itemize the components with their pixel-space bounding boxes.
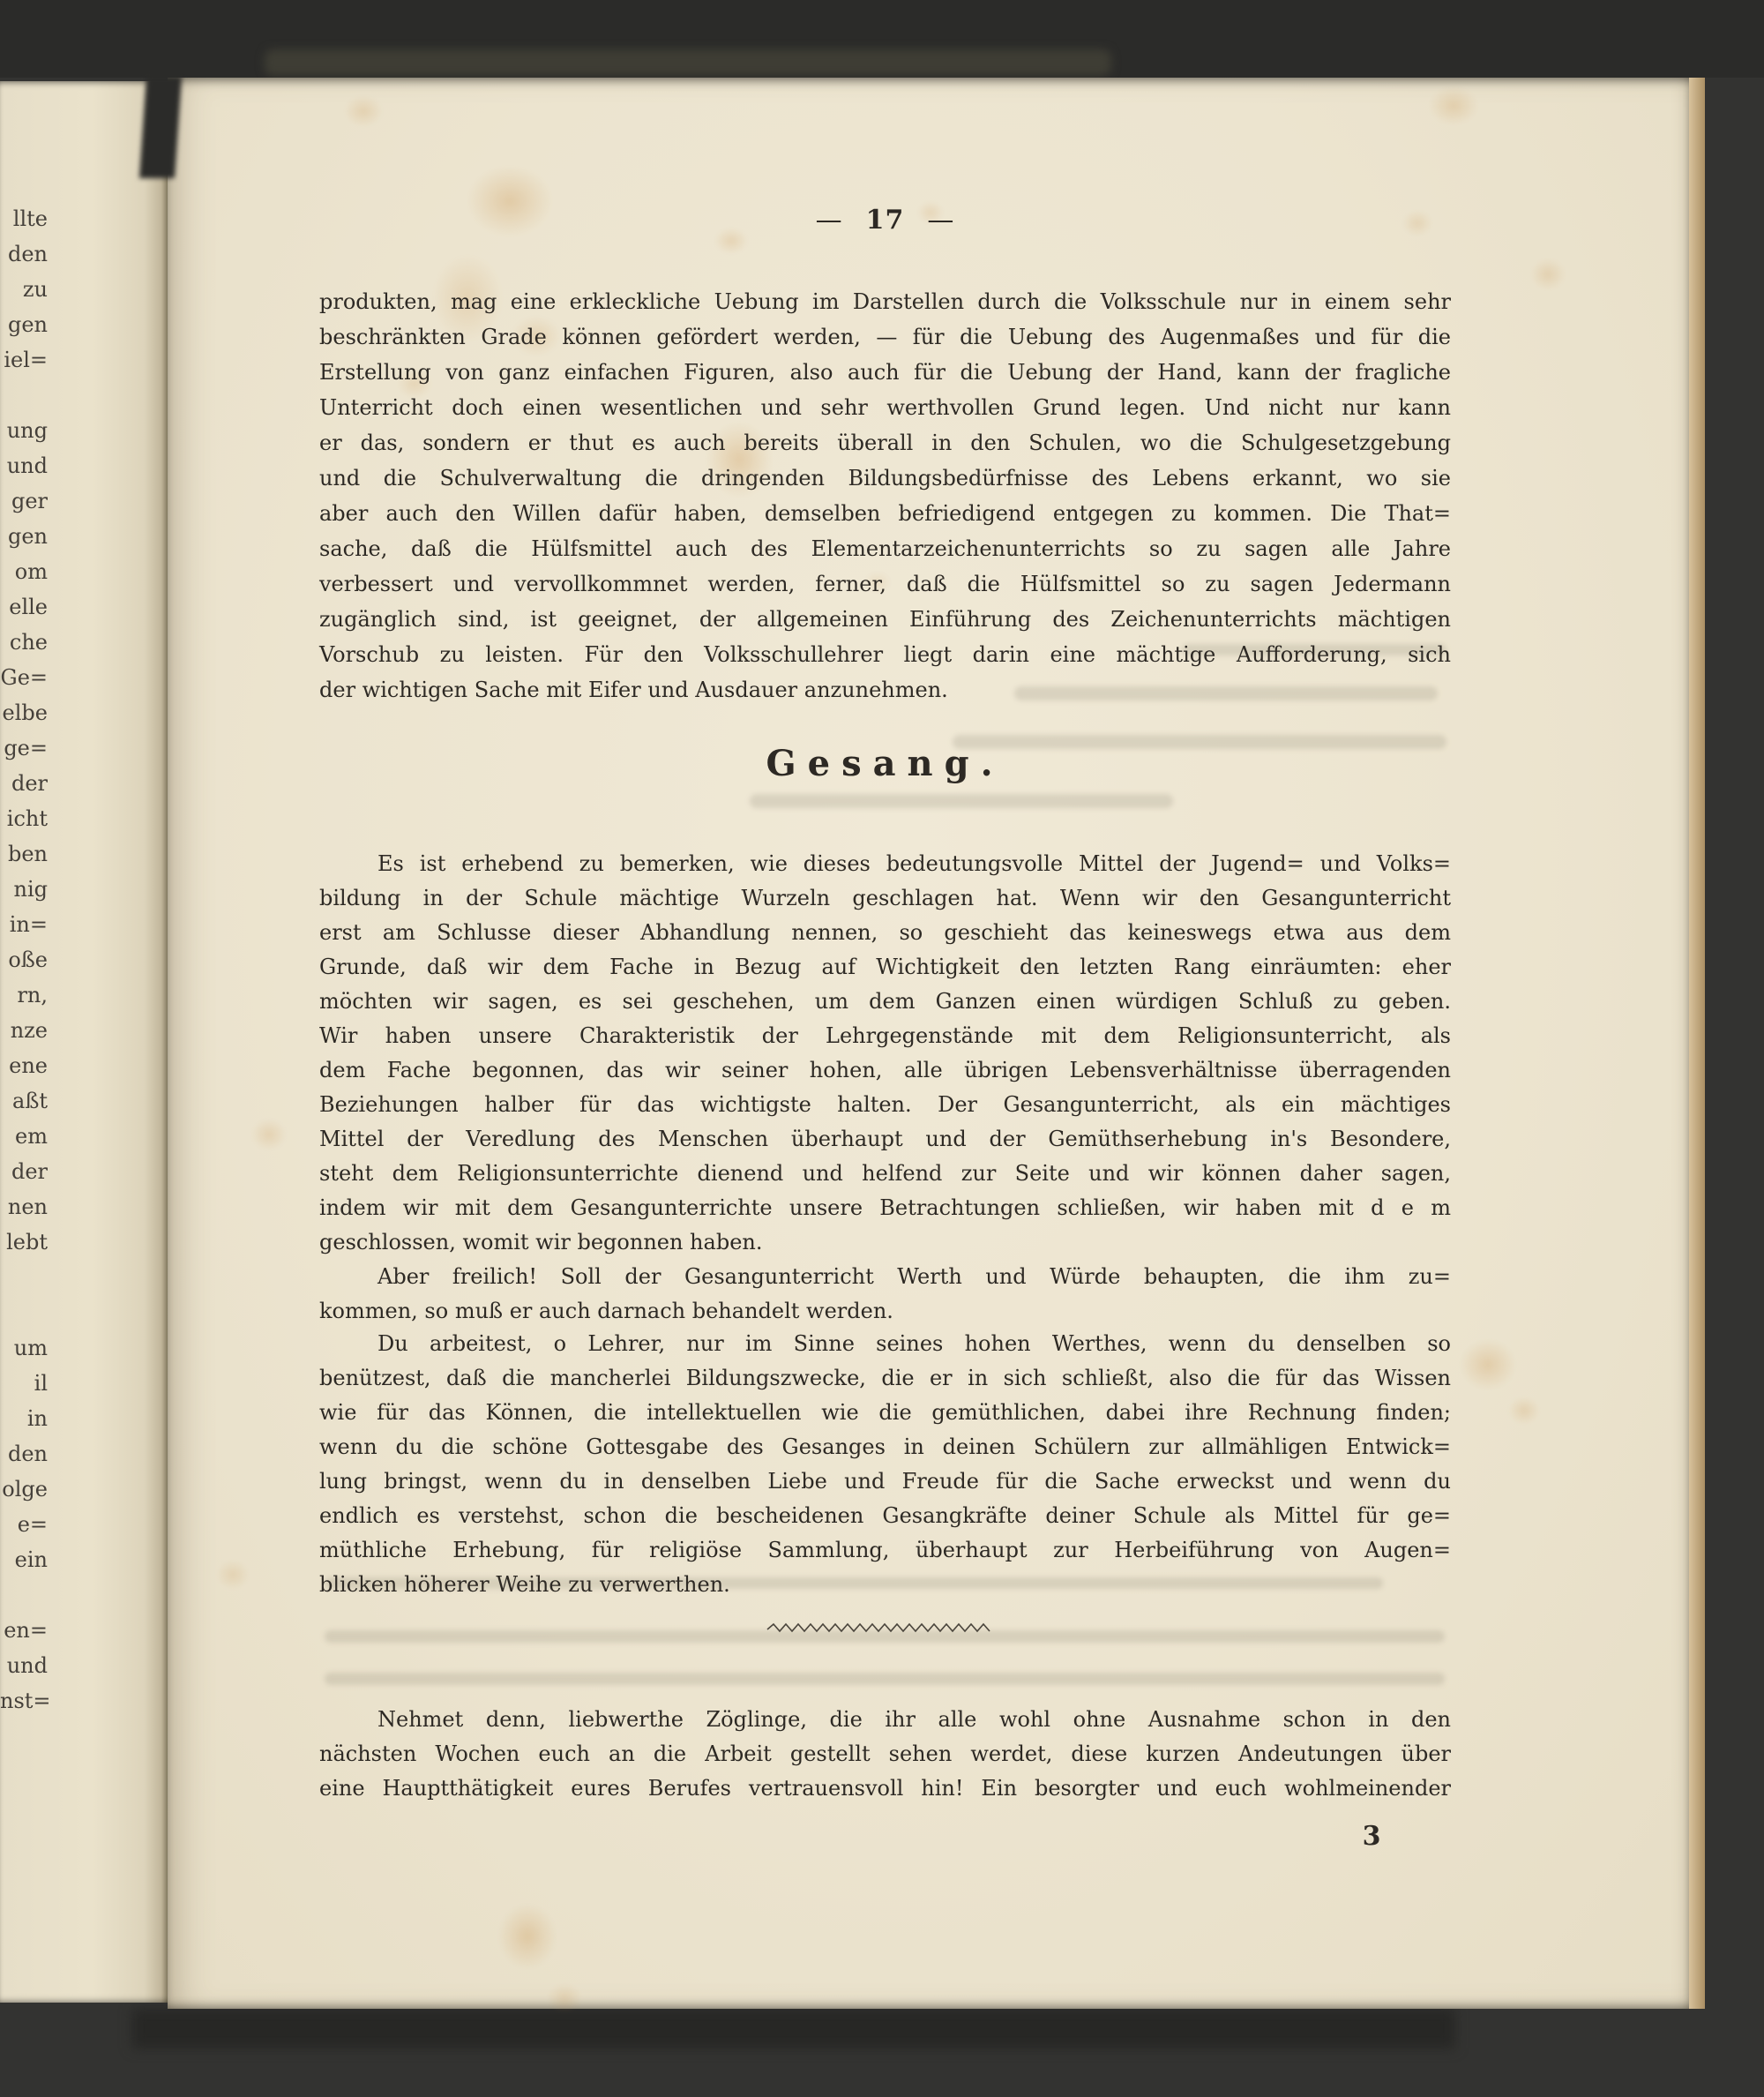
edge-text-fragment: zu (0, 272, 51, 307)
edge-text-fragment: ein (0, 1542, 51, 1577)
text-line: Wir haben unsere Charakteristik der Lehr… (319, 1019, 1451, 1053)
edge-text-fragment: e= (0, 1507, 51, 1542)
text-line: erst am Schlusse dieser Abhandlung nenne… (319, 916, 1451, 950)
edge-text-fragment: elle (0, 589, 51, 625)
edge-text-fragment: icht (0, 801, 51, 836)
bleedthrough-ghost-line (325, 1673, 1445, 1685)
foxing-spot (251, 1119, 287, 1150)
text-line: er das, sondern er thut es auch bereits … (319, 425, 1451, 461)
text-line: sache, daß die Hülfsmittel auch des Elem… (319, 531, 1451, 566)
page-number: 17 (866, 205, 905, 236)
foxing-spot (216, 1560, 250, 1590)
edge-text-fragment: oße (0, 942, 51, 977)
paragraph-gesang-3: Du arbeitest, o Lehrer, nur im Sinne sei… (319, 1327, 1451, 1602)
gutter-shadow (139, 76, 182, 178)
text-line: dem Fache begonnen, das wir seiner hohen… (319, 1053, 1451, 1088)
edge-text-fragment: in= (0, 907, 51, 942)
edge-text-fragment: il (0, 1366, 51, 1401)
edge-text-fragment: in (0, 1401, 51, 1436)
text-line: Unterricht doch einen wesentlichen und s… (319, 390, 1451, 425)
edge-text-fragment: che (0, 625, 51, 660)
text-line: bildung in der Schule mächtige Wurzeln g… (319, 881, 1451, 916)
header-left-dash: — (816, 205, 843, 236)
edge-text-fragment: iel= (0, 342, 51, 378)
text-line: der wichtigen Sache mit Eifer und Ausdau… (319, 672, 1451, 708)
edge-text-fragment: olge (0, 1472, 51, 1507)
foxing-spot (1429, 86, 1478, 125)
text-line: zugänglich sind, ist geeignet, der allge… (319, 602, 1451, 637)
book-page: —17— produkten, mag eine erkleckliche Ue… (168, 78, 1689, 2009)
edge-text-fragment: em (0, 1119, 51, 1154)
text-line: indem wir mit dem Gesangunterrichte unse… (319, 1191, 1451, 1225)
paragraph-continuation: produkten, mag eine erkleckliche Uebung … (319, 284, 1451, 708)
edge-text-fragment: gen (0, 519, 51, 554)
edge-text-fragment (0, 1577, 51, 1613)
edge-text-fragment: lebt (0, 1224, 51, 1260)
text-line: aber auch den Willen dafür haben, demsel… (319, 496, 1451, 531)
section-heading: Gesang. (319, 739, 1451, 789)
edge-text-fragment: ben (0, 836, 51, 872)
text-line: müthliche Erhebung, für religiöse Sammlu… (319, 1533, 1451, 1568)
text-line: endlich es verstehst, schon die bescheid… (319, 1499, 1451, 1533)
text-line: Du arbeitest, o Lehrer, nur im Sinne sei… (319, 1327, 1451, 1361)
edge-text-fragment: der (0, 766, 51, 801)
edge-text-fragment: gen (0, 307, 51, 342)
text-line: kommen, so muß er auch darnach behandelt… (319, 1294, 1451, 1329)
edge-text-fragment: llte (0, 201, 51, 236)
text-line: verbessert und vervollkommnet werden, fe… (319, 566, 1451, 602)
edge-text-fragment: ene (0, 1048, 51, 1083)
text-line: Aber freilich! Soll der Gesangunterricht… (319, 1260, 1451, 1294)
text-line: Grunde, daß wir dem Fache in Bezug auf W… (319, 950, 1451, 985)
text-line: lung bringst, wenn du in denselben Liebe… (319, 1464, 1451, 1499)
text-line: Mittel der Veredlung des Menschen überha… (319, 1122, 1451, 1157)
edge-text-fragment: um (0, 1330, 51, 1366)
edge-text-fragment: nze (0, 1013, 51, 1048)
text-line: Nehmet denn, liebwerthe Zöglinge, die ih… (319, 1703, 1451, 1737)
text-line: nächsten Wochen euch an die Arbeit geste… (319, 1737, 1451, 1771)
text-line: produkten, mag eine erkleckliche Uebung … (319, 284, 1451, 319)
edge-text-fragment: om (0, 554, 51, 589)
edge-text-fragment: ung (0, 413, 51, 448)
edge-text-fragment (0, 1754, 51, 1789)
foxing-spot (498, 1904, 557, 1969)
text-line: eine Hauptthätigkeit eures Berufes vertr… (319, 1771, 1451, 1806)
edge-text-fragment: en= (0, 1613, 51, 1648)
edge-text-fragment: den (0, 236, 51, 272)
foxing-spot (344, 95, 383, 127)
edge-text-fragment: nig (0, 872, 51, 907)
text-line: Beziehungen halber für das wichtigste ha… (319, 1088, 1451, 1122)
foxing-spot (1508, 1397, 1540, 1425)
text-line: steht dem Religionsunterrichte dienend u… (319, 1157, 1451, 1191)
paragraph-address: Nehmet denn, liebwerthe Zöglinge, die ih… (319, 1703, 1451, 1806)
page-bottom-shadow (132, 2009, 1455, 2048)
text-line: wenn du die schöne Gottesgabe des Gesang… (319, 1430, 1451, 1464)
edge-text-fragment: Ge= (0, 660, 51, 695)
foxing-spot (1530, 258, 1566, 290)
background-smear (265, 49, 1111, 76)
text-line: blicken höherer Weihe zu verwerthen. (319, 1568, 1451, 1602)
paragraph-gesang-1: Es ist erhebend zu bemerken, wie dieses … (319, 847, 1451, 1260)
edge-text-fragment: aßt (0, 1083, 51, 1119)
paragraph-gesang-2: Aber freilich! Soll der Gesangunterricht… (319, 1260, 1451, 1329)
scan-backdrop: { "header": { "left_dash": "—", "page_nu… (0, 0, 1764, 2097)
edge-text-fragment: der (0, 1154, 51, 1189)
edge-text-fragment: nen (0, 1189, 51, 1224)
text-line: Vorschub zu leisten. Für den Volksschull… (319, 637, 1451, 672)
text-line: und die Schulverwaltung die dringenden B… (319, 461, 1451, 496)
squiggle-divider (766, 1621, 1004, 1636)
page-header: —17— (319, 201, 1451, 240)
text-line: benützest, daß die mancherlei Bildungszw… (319, 1361, 1451, 1396)
edge-text-fragment (0, 378, 51, 413)
text-line: Erstellung von ganz einfachen Figuren, a… (319, 355, 1451, 390)
header-right-dash: — (927, 205, 954, 236)
edge-text-fragment: den (0, 1436, 51, 1472)
edge-text-fragment: und (0, 1648, 51, 1683)
edge-text-fragment: rn, (0, 977, 51, 1013)
edge-text-fragment (0, 1295, 51, 1330)
edge-text-fragment: elbe (0, 695, 51, 730)
foxing-spot (547, 1983, 582, 2013)
edge-text-fragment: nst= (0, 1683, 51, 1719)
signature-number: 3 (1341, 1821, 1402, 1852)
text-line: beschränkten Grade können gefördert werd… (319, 319, 1451, 355)
text-line: möchten wir sagen, es sei geschehen, um … (319, 985, 1451, 1019)
edge-text-fragment (0, 1260, 51, 1295)
text-line: wie für das Können, die intellektuellen … (319, 1396, 1451, 1430)
bleedthrough-ghost-line (750, 794, 1173, 808)
page-edge-strip (1689, 78, 1705, 2009)
edge-text-fragment: und (0, 448, 51, 483)
text-line: Es ist erhebend zu bemerken, wie dieses … (319, 847, 1451, 881)
edge-text-fragment: ge= (0, 730, 51, 766)
edge-text-fragment (0, 1719, 51, 1754)
foxing-spot (1460, 1339, 1516, 1390)
facing-page-text-fragments: lltedenzugeniel=ungundgergenomellecheGe=… (0, 201, 51, 1789)
edge-text-fragment: ger (0, 483, 51, 519)
text-line: geschlossen, womit wir begonnen haben. (319, 1225, 1451, 1260)
